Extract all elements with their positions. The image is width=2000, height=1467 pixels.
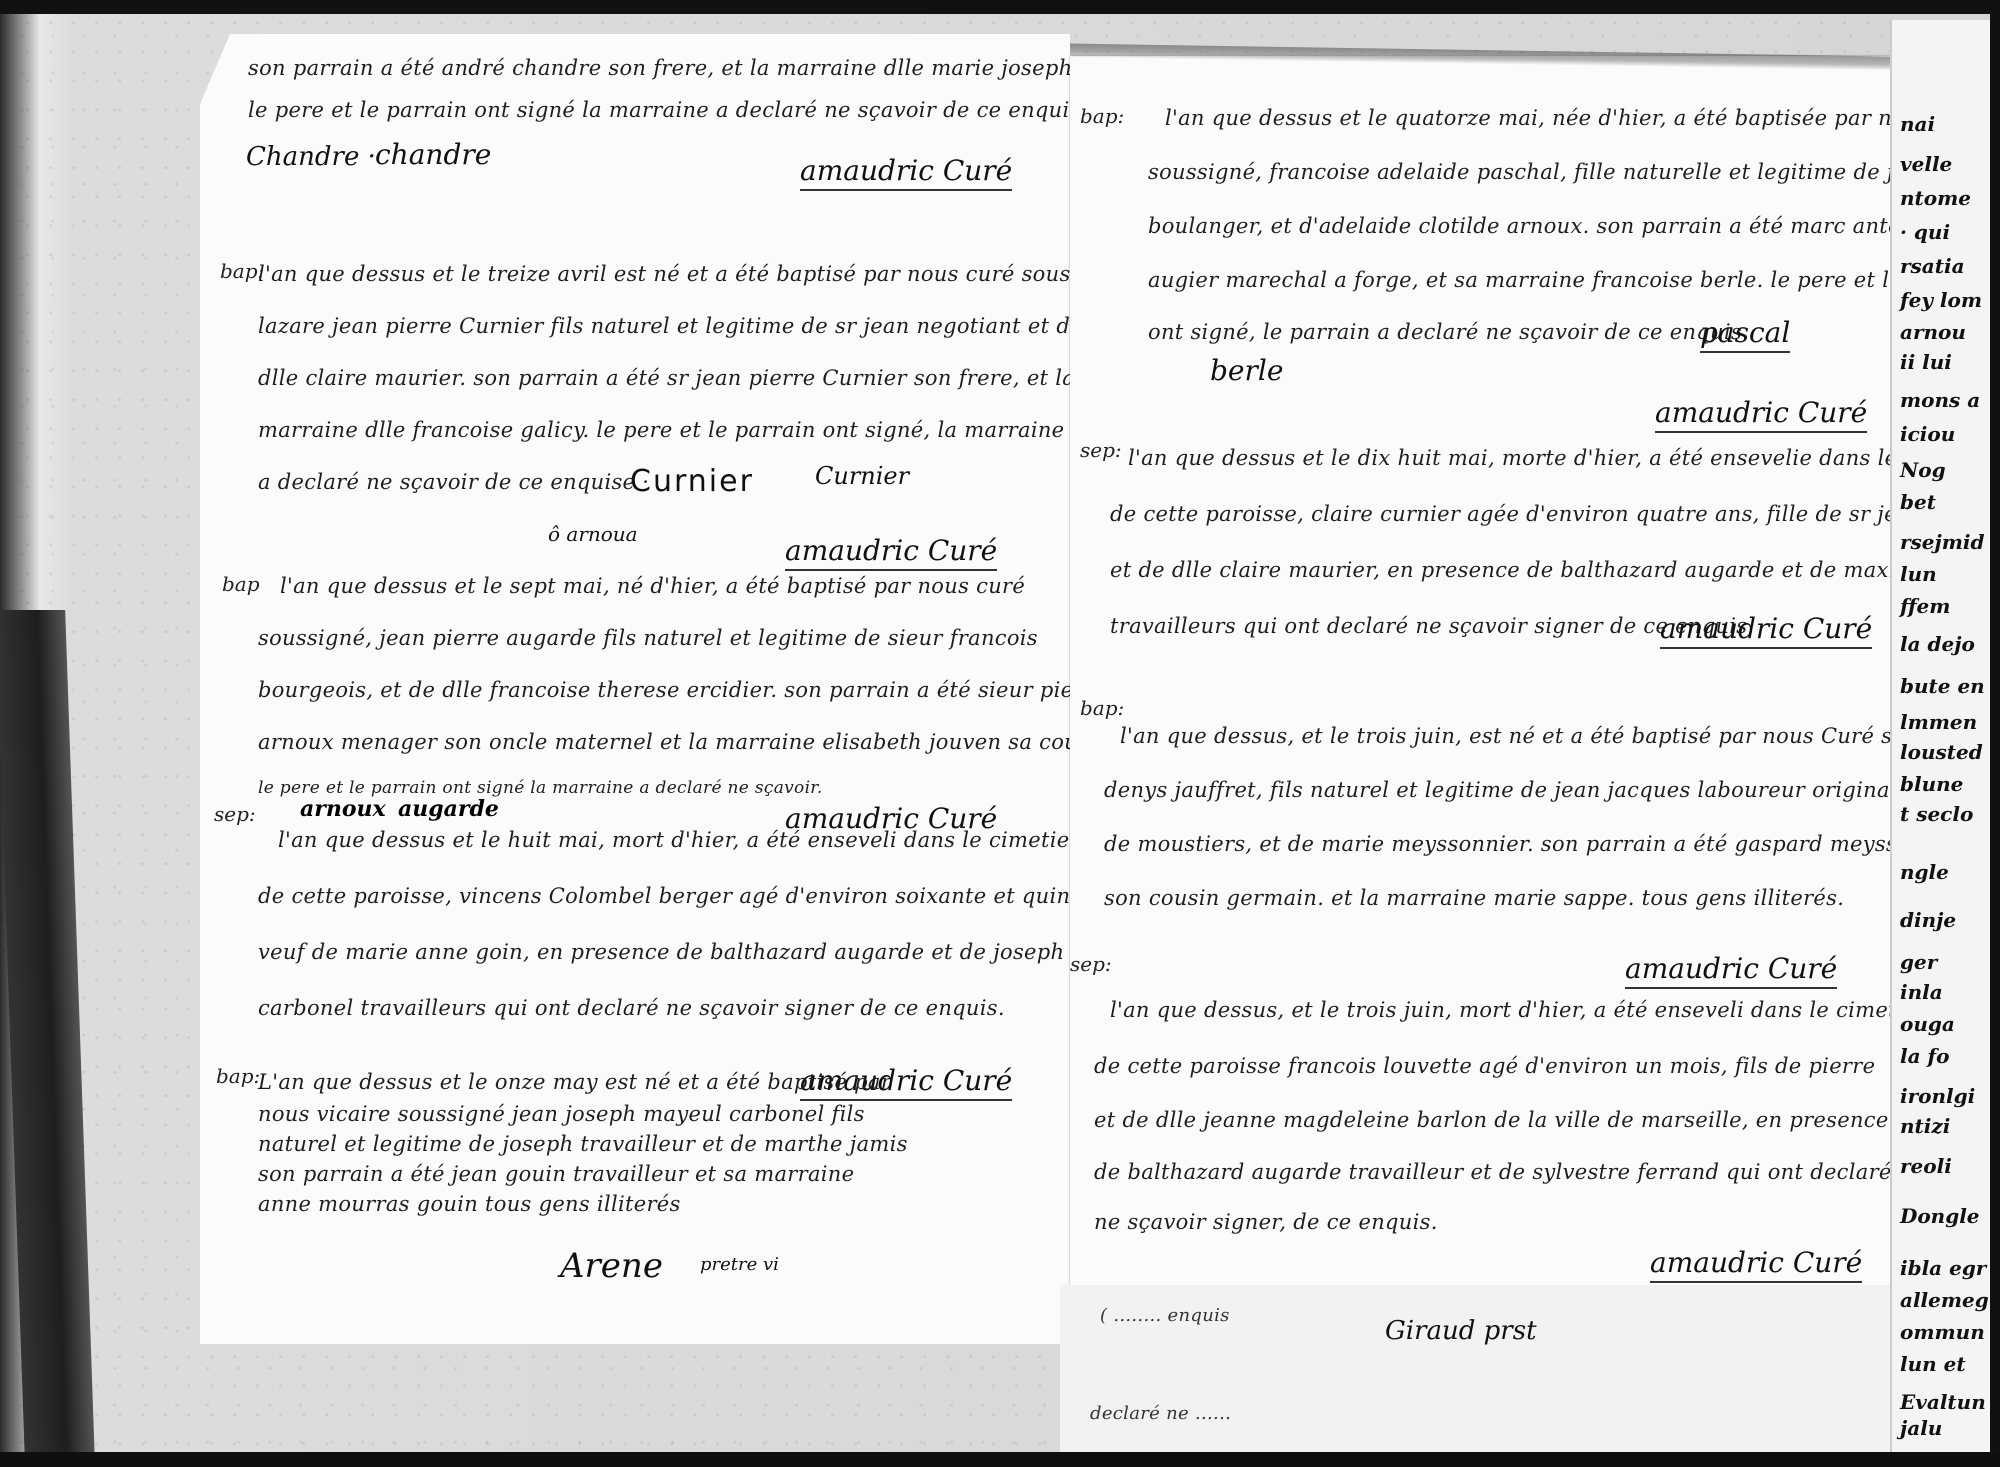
margin-label: bap: <box>1080 104 1124 128</box>
edge-fragment: bet <box>1900 490 1936 514</box>
edge-fragment: Evaltun <box>1900 1390 1986 1414</box>
prior-signature: Giraud prst <box>1385 1316 1537 1346</box>
edge-fragment: lousted <box>1900 740 1983 764</box>
signature: berle <box>1210 354 1283 387</box>
vicar-signature: Arene <box>560 1246 663 1286</box>
margin-label: bap: <box>1080 696 1124 720</box>
edge-fragment: nai <box>1900 112 1935 136</box>
edge-fragment: la fo <box>1900 1044 1949 1068</box>
signature: pascal <box>1700 316 1790 353</box>
entry-line: L'an que dessus et le onze may est né et… <box>258 1070 891 1094</box>
curate-signature: amaudric Curé <box>1655 396 1867 433</box>
entry-line: veuf de marie anne goin, en presence de … <box>258 940 1064 964</box>
entry-line: et de dlle jeanne magdeleine barlon de l… <box>1094 1108 1889 1132</box>
entry-line: son parrain a été andré chandre son frer… <box>248 56 1072 80</box>
edge-fragment: ngle <box>1900 860 1949 884</box>
curate-signature: amaudric Curé <box>800 154 1012 191</box>
signature: ô arnoua <box>548 522 638 546</box>
signature: chandre <box>375 138 491 171</box>
edge-fragment: fey lom <box>1900 288 1982 312</box>
entry-line: de cette paroisse francois louvette agé … <box>1094 1054 1875 1078</box>
curate-signature: amaudric Curé <box>1625 952 1837 989</box>
edge-fragment: Dongle <box>1900 1204 1980 1228</box>
edge-fragment: dinje <box>1900 908 1956 932</box>
entry-line: de cette paroisse, vincens Colombel berg… <box>258 884 1139 908</box>
entry-line: son cousin germain. et la marraine marie… <box>1104 886 1844 910</box>
entry-line: nous vicaire soussigné jean joseph mayeu… <box>258 1102 865 1126</box>
entry-line: et de dlle claire maurier, en presence d… <box>1110 558 2000 582</box>
entry-line: ont signé, le parrain a declaré ne sçavo… <box>1148 320 1749 344</box>
margin-label: bap: <box>216 1064 260 1088</box>
signature: Chandre · <box>246 142 376 172</box>
edge-fragment: blune <box>1900 772 1963 796</box>
edge-fragment: ommun <box>1900 1320 1985 1344</box>
edge-fragment: allemegu <box>1900 1288 1992 1312</box>
edge-fragment: ntizi <box>1900 1114 1950 1138</box>
edge-fragment: iciou <box>1900 422 1955 446</box>
curate-signature: amaudric Curé <box>1660 612 1872 649</box>
entry-line: de moustiers, et de marie meyssonnier. s… <box>1104 832 1968 856</box>
entry-line: l'an que dessus et le sept mai, né d'hie… <box>280 574 1025 598</box>
entry-line: son parrain a été jean gouin travailleur… <box>258 1162 854 1186</box>
margin-label: bap <box>222 572 260 596</box>
underlying-text: ( ........ enquis <box>1100 1305 1230 1326</box>
left-page: son parrain a été andré chandre son frer… <box>200 34 1070 1344</box>
edge-fragment: Nog <box>1900 458 1946 482</box>
edge-fragment: rsejmid <box>1900 530 1985 554</box>
entry-line: l'an que dessus et le treize avril est n… <box>258 262 1129 286</box>
entry-line: soussigné, jean pierre augarde fils natu… <box>258 626 1038 650</box>
edge-fragment: ibla egr <box>1900 1256 1986 1280</box>
entry-line: soussigné, francoise adelaide paschal, f… <box>1148 160 1958 184</box>
scan-bottom-border <box>0 1452 2000 1467</box>
entry-line: boulanger, et d'adelaide clotilde arnoux… <box>1148 214 1935 238</box>
edge-fragment: rsatia <box>1900 254 1965 278</box>
edge-fragment: lun et <box>1900 1352 1966 1376</box>
edge-fragment: bute en <box>1900 674 1985 698</box>
entry-line: carbonel travailleurs qui ont declaré ne… <box>258 996 1005 1020</box>
entry-line: anne mourras gouin tous gens illiterés <box>258 1192 681 1216</box>
edge-fragment: ntome <box>1900 186 1971 210</box>
entry-line: dlle claire maurier. son parrain a été s… <box>258 366 1075 390</box>
edge-fragment: inla <box>1900 980 1943 1004</box>
signature: Curnier <box>815 462 909 490</box>
curate-signature: amaudric Curé <box>1650 1246 1862 1283</box>
edge-fragment: lun <box>1900 562 1937 586</box>
entry-line: lazare jean pierre Curnier fils naturel … <box>258 314 1083 338</box>
entry-line: l'an que dessus, et le trois juin, est n… <box>1120 724 1989 748</box>
entry-line: le pere et le parrain ont signé la marra… <box>258 778 823 798</box>
signature: arnoux <box>300 796 386 822</box>
scan-top-border <box>0 0 2000 14</box>
signature-title: pretre vi <box>700 1254 779 1275</box>
edge-fragment: ger <box>1900 950 1937 974</box>
underlying-text: declaré ne ...... <box>1090 1403 1231 1424</box>
edge-fragment: ffem <box>1900 594 1950 618</box>
edge-fragment: velle <box>1900 152 1952 176</box>
margin-label: sep: <box>214 802 256 826</box>
edge-fragment: · qui <box>1900 220 1950 244</box>
edge-fragment: lmmen <box>1900 710 1977 734</box>
entry-line: de cette paroisse, claire curnier agée d… <box>1110 502 2000 526</box>
entry-line: l'an que dessus et le huit mai, mort d'h… <box>278 828 1093 852</box>
entry-line: ne sçavoir signer, de ce enquis. <box>1094 1210 1438 1234</box>
right-page: bap: l'an que dessus et le quatorze mai,… <box>1070 56 1890 1286</box>
entry-line: le pere et le parrain ont signé la marra… <box>248 98 1093 122</box>
edge-fragment: jalu <box>1900 1416 1942 1440</box>
underlying-page: ( ........ enquis declaré ne ...... <box>1060 1285 1890 1452</box>
entry-line: l'an que dessus et le quatorze mai, née … <box>1165 106 1990 130</box>
adjacent-page-edge: nai velle ntome · qui rsatia fey lom arn… <box>1890 20 1992 1452</box>
edge-fragment: reoli <box>1900 1154 1952 1178</box>
edge-fragment: ironlgi <box>1900 1084 1975 1108</box>
edge-fragment: ouga <box>1900 1012 1955 1036</box>
edge-fragment: ii lui <box>1900 350 1952 374</box>
signature: augarde <box>398 796 499 822</box>
edge-fragment: t seclo <box>1900 802 1973 826</box>
entry-line: a declaré ne sçavoir de ce enquise · <box>258 470 649 494</box>
entry-line: augier marechal a forge, et sa marraine … <box>1148 268 2000 292</box>
entry-line: l'an que dessus, et le trois juin, mort … <box>1110 998 1940 1022</box>
entry-line: l'an que dessus et le dix huit mai, mort… <box>1128 446 2000 470</box>
curate-signature: amaudric Curé <box>785 534 997 571</box>
scan-right-border <box>1990 0 2000 1467</box>
entry-line: de balthazard augarde travailleur et de … <box>1094 1160 1892 1184</box>
edge-fragment: mons a <box>1900 388 1980 412</box>
entry-line: denys jauffret, fils naturel et legitime… <box>1104 778 1920 802</box>
entry-line: marraine dlle francoise galicy. le pere … <box>258 418 1064 442</box>
margin-label: sep: <box>1070 952 1112 976</box>
margin-label: sep: <box>1080 438 1122 462</box>
edge-fragment: la dejo <box>1900 632 1975 656</box>
entry-line: travailleurs qui ont declaré ne sçavoir … <box>1110 614 1754 638</box>
entry-line: naturel et legitime de joseph travailleu… <box>258 1132 908 1156</box>
signature: Curnier <box>630 464 754 499</box>
entry-line: bourgeois, et de dlle francoise therese … <box>258 678 1107 702</box>
edge-fragment: arnou <box>1900 320 1966 344</box>
